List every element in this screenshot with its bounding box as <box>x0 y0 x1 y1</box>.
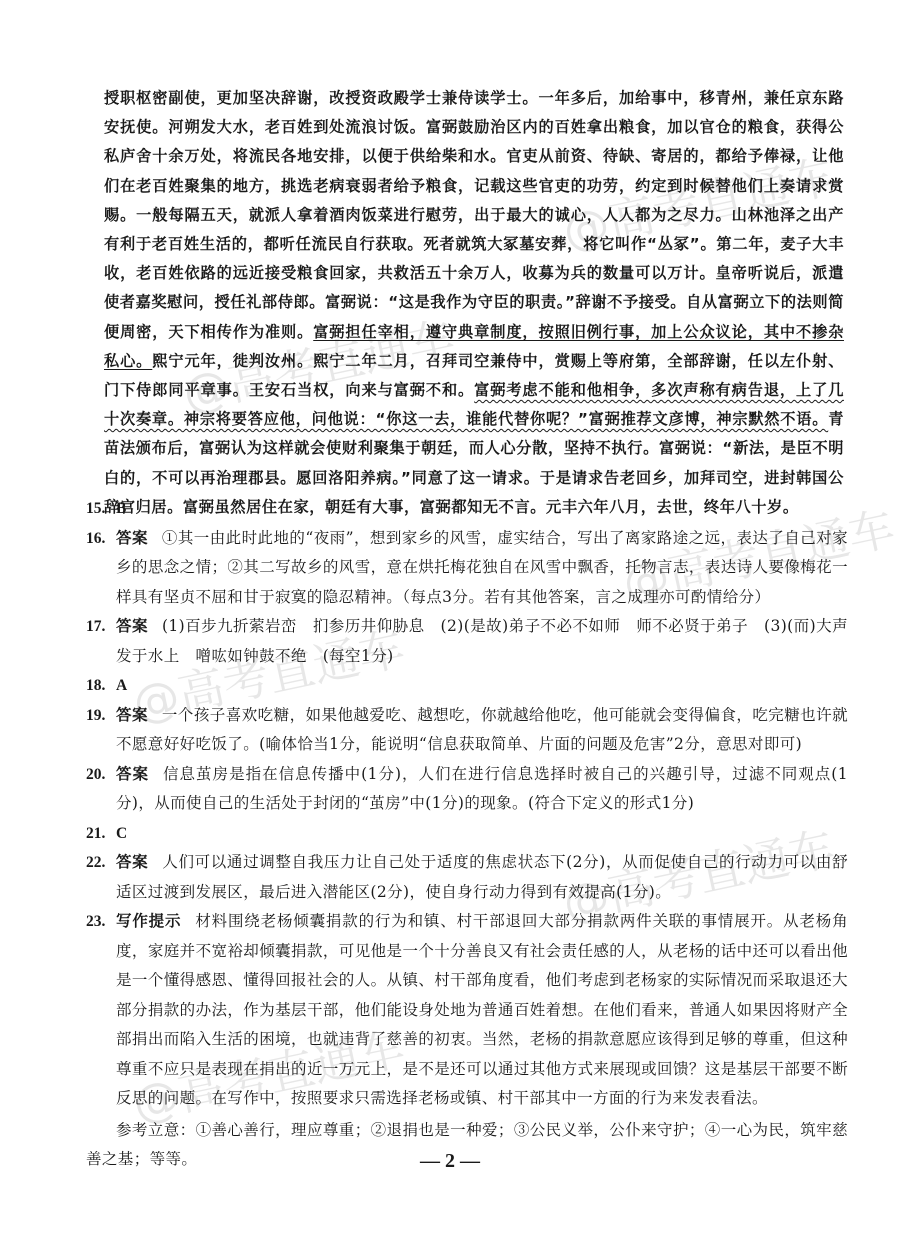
question-number: 19. <box>86 701 105 731</box>
question-number: 17. <box>86 612 105 642</box>
translation-passage: 授职枢密副使，更加坚决辞谢，改授资政殿学士兼侍读学士。一年多后，加给事中，移青州… <box>104 84 844 522</box>
question-number: 15. <box>86 494 105 524</box>
question-15: 15. B <box>86 494 848 524</box>
answer-text: (1)百步九折萦岩峦 扪参历井仰胁息 (2)(是故)弟子不必不如师 师不必贤于弟… <box>116 617 848 665</box>
answer-list: 15. B 16. 答案①其一由此时此地的“夜雨”，想到家乡的风雪，虚实结合，写… <box>86 494 848 1175</box>
question-number: 20. <box>86 760 105 790</box>
passage-text: 授职枢密副使，更加坚决辞谢，改授资政殿学士兼侍读学士。一年多后，加给事中，移青州… <box>104 89 844 341</box>
question-18: 18. A <box>86 671 848 701</box>
answer-label: 答案 <box>116 529 148 547</box>
choice-answer: B <box>116 500 127 517</box>
question-22: 22. 答案人们可以通过调整自我压力让自己处于适度的焦虑状态下(2分)，从而促使… <box>86 848 848 907</box>
question-number: 23. <box>86 907 105 937</box>
question-number: 16. <box>86 524 105 554</box>
question-number: 18. <box>86 671 105 701</box>
answer-label: 答案 <box>116 617 148 635</box>
answer-text: ①其一由此时此地的“夜雨”，想到家乡的风雪，虚实结合，写出了离家路途之远，表达了… <box>116 529 848 606</box>
answer-text: 一个孩子喜欢吃糖，如果他越爱吃、越想吃，你就越给他吃，他可能就会变得偏食，吃完糖… <box>116 706 848 754</box>
question-23: 23. 写作提示材料围绕老杨倾囊捐款的行为和镇、村干部退回大部分捐款两件关联的事… <box>86 907 848 1114</box>
question-21: 21. C <box>86 819 848 849</box>
answer-text: 材料围绕老杨倾囊捐款的行为和镇、村干部退回大部分捐款两件关联的事情展开。从老杨角… <box>116 912 848 1107</box>
answer-text: 信息茧房是指在信息传播中(1分)，人们在进行信息选择时被自己的兴趣引导，过滤不同… <box>116 765 848 813</box>
page-number: — 2 — <box>0 1150 900 1173</box>
question-16: 16. 答案①其一由此时此地的“夜雨”，想到家乡的风雪，虚实结合，写出了离家路途… <box>86 524 848 613</box>
question-20: 20. 答案信息茧房是指在信息传播中(1分)，人们在进行信息选择时被自己的兴趣引… <box>86 760 848 819</box>
question-19: 19. 答案一个孩子喜欢吃糖，如果他越爱吃、越想吃，你就越给他吃，他可能就会变得… <box>86 701 848 760</box>
question-17: 17. 答案(1)百步九折萦岩峦 扪参历井仰胁息 (2)(是故)弟子不必不如师 … <box>86 612 848 671</box>
choice-answer: C <box>116 825 128 842</box>
question-number: 22. <box>86 848 105 878</box>
answer-label: 答案 <box>116 853 148 871</box>
choice-answer: A <box>116 677 128 694</box>
question-number: 21. <box>86 819 105 849</box>
answer-label: 写作提示 <box>116 912 181 930</box>
document-page: @高考直通车 @高考直通车 @高考直通车 @高考直通车 @高考直通车 @高考直通… <box>0 0 900 1257</box>
answer-label: 答案 <box>116 706 148 724</box>
answer-label: 答案 <box>116 765 149 783</box>
answer-text: 人们可以通过调整自我压力让自己处于适度的焦虑状态下(2分)，从而促使自己的行动力… <box>116 853 848 901</box>
